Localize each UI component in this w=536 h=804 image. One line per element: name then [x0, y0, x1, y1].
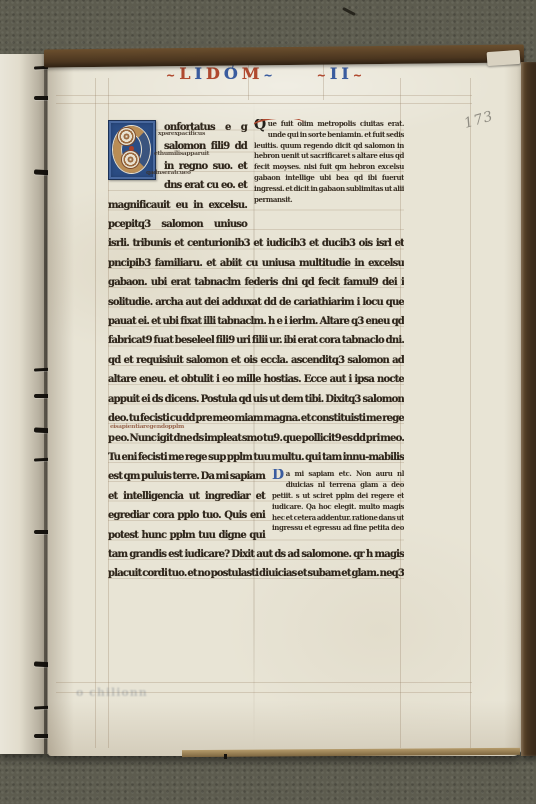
manuscript-page: ~LIDOM~ ~II~ 173 CQue fuit olim metropol…	[48, 58, 522, 756]
marginal-gloss-1: Que fuit olim metropolis ciuitas erat. u…	[254, 119, 404, 216]
ruling-line	[56, 95, 472, 96]
gloss-text: ue fuit olim metropolis ciuitas erat. un…	[254, 119, 404, 204]
initial-filigree-spiral	[118, 128, 135, 145]
binding-gutter	[44, 56, 47, 754]
gloss-initial-D: D	[272, 469, 284, 481]
manuscript-photo: { "backdrop": { "felt_color": "#5d5c4f" …	[0, 0, 536, 804]
book-fore-edge	[521, 62, 536, 756]
running-title-letter: I	[341, 64, 348, 83]
initial-filigree-spiral	[122, 151, 139, 168]
running-title-letter: I	[194, 64, 201, 83]
interlinear-gloss: xps rex pacificus	[158, 131, 205, 137]
running-title-letter: ~	[263, 69, 272, 82]
running-title-left: ~LIDOM~	[164, 64, 275, 83]
running-title-letter: D	[206, 64, 220, 83]
running-title-letter: I	[330, 64, 337, 83]
running-title-letter: ~	[353, 69, 362, 82]
interlinear-gloss: e i sapientia regendo pplm	[110, 424, 184, 430]
marginal-gloss-2: Da mi sapiam etc. Non auru nl diuicias n…	[272, 469, 404, 533]
text-block: CQue fuit olim metropolis ciuitas erat. …	[108, 118, 404, 586]
interlinear-gloss: et humilis apparuit	[154, 151, 209, 157]
initial-red-accent	[129, 146, 134, 151]
ruling-line	[470, 78, 471, 748]
running-title-letter: ~	[166, 69, 175, 82]
gloss-initial-Q: Q	[254, 119, 266, 131]
gloss-text: a mi sapiam etc. Non auru nl diuicias nl…	[272, 469, 404, 533]
ruling-line	[95, 78, 96, 748]
running-title-letter: L	[179, 64, 190, 83]
folio-number: 173	[462, 108, 495, 132]
running-title-right: ~II~	[315, 64, 364, 83]
running-title: ~LIDOM~ ~II~	[164, 64, 364, 83]
facing-page-edge	[0, 54, 48, 754]
interlinear-gloss: qa dns erat cu eo	[146, 170, 191, 176]
running-title-letter: M	[242, 64, 260, 83]
ink-speck	[224, 754, 227, 759]
running-title-letter: ~	[317, 69, 326, 82]
ruling-line	[56, 103, 472, 104]
ruling-line	[56, 682, 472, 683]
parchment-corner-tab	[487, 50, 521, 66]
show-through-text: o chilionn	[76, 686, 148, 699]
